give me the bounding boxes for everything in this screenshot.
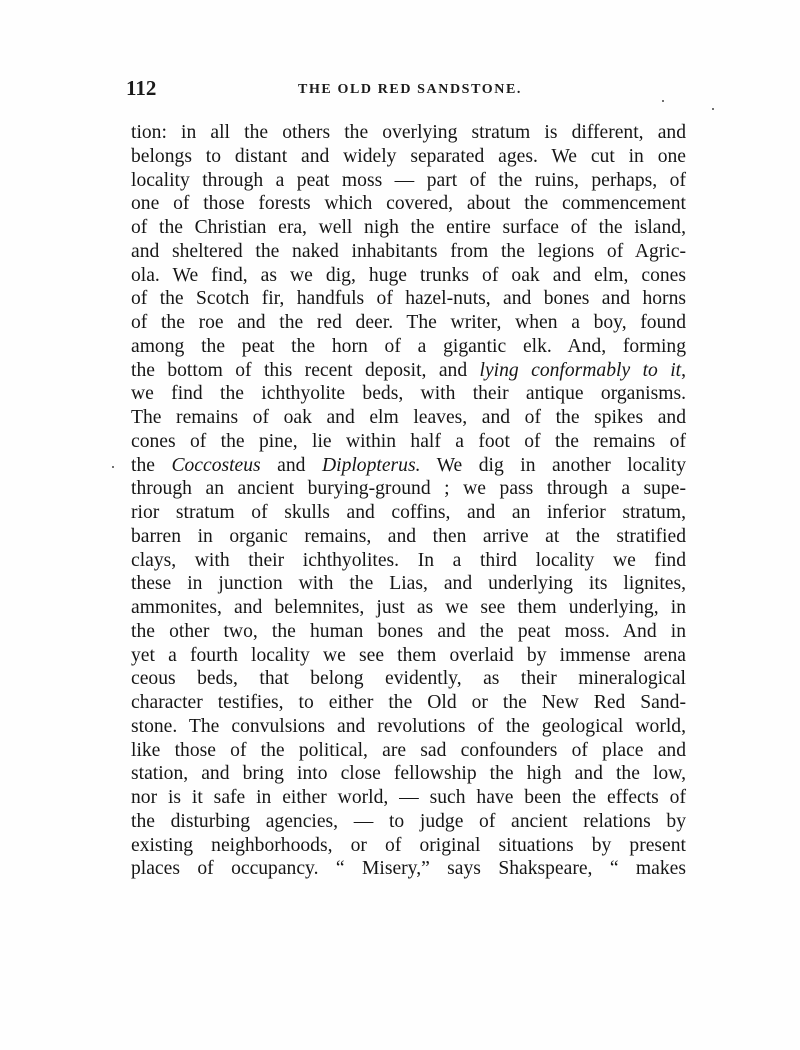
text-line: ammonites, and belemnites, just as we se…	[131, 596, 686, 620]
text-line: barren in organic remains, and then arri…	[131, 525, 686, 549]
text-line: like those of the political, are sad con…	[131, 739, 686, 763]
text-span: tion: in all the others the overlying st…	[131, 122, 686, 143]
book-page: 112 THE OLD RED SANDSTONE. tion: in all …	[0, 0, 800, 1050]
italic-text: Coccosteus	[171, 455, 260, 476]
text-span: through an ancient burying-ground ; we p…	[131, 478, 686, 499]
text-line: clays, with their ichthyolites. In a thi…	[131, 549, 686, 573]
text-span: rior stratum of skulls and coffins, and …	[131, 502, 686, 523]
text-line: places of occupancy. “ Misery,” says Sha…	[131, 857, 686, 881]
text-line: the Coccosteus and Diplopterus. We dig i…	[131, 454, 686, 478]
text-line: stone. The convulsions and revolutions o…	[131, 715, 686, 739]
text-line: we find the ichthyolite beds, with their…	[131, 382, 686, 406]
text-line: belongs to distant and widely separated …	[131, 145, 686, 169]
text-line: the disturbing agencies, — to judge of a…	[131, 810, 686, 834]
text-span: like those of the political, are sad con…	[131, 740, 686, 761]
text-line: the bottom of this recent deposit, and l…	[131, 359, 686, 383]
text-line: yet a fourth locality we see them overla…	[131, 644, 686, 668]
text-span: We dig in another locality	[420, 455, 686, 476]
text-span: stone. The convulsions and revolutions o…	[131, 716, 686, 737]
text-line: of the roe and the red deer. The writer,…	[131, 311, 686, 335]
text-span: locality through a peat moss — part of t…	[131, 170, 686, 191]
text-line: ceous beds, that belong evidently, as th…	[131, 667, 686, 691]
text-span: clays, with their ichthyolites. In a thi…	[131, 550, 686, 571]
text-line: rior stratum of skulls and coffins, and …	[131, 501, 686, 525]
page-number: 112	[126, 76, 156, 101]
text-span: of the Christian era, well nigh the enti…	[131, 217, 686, 238]
text-span: ola. We find, as we dig, huge trunks of …	[131, 265, 686, 286]
body-text: tion: in all the others the overlying st…	[131, 121, 686, 881]
text-line: and sheltered the naked inhabitants from…	[131, 240, 686, 264]
text-line: station, and bring into close fellowship…	[131, 762, 686, 786]
text-span: the	[131, 455, 171, 476]
text-span: of the Scotch fir, handfuls of hazel-nut…	[131, 288, 686, 309]
text-span: belongs to distant and widely separated …	[131, 146, 686, 167]
text-span: these in junction with the Lias, and und…	[131, 573, 686, 594]
text-line: tion: in all the others the overlying st…	[131, 121, 686, 145]
italic-text: lying conformably to it	[480, 360, 682, 381]
text-line: through an ancient burying-ground ; we p…	[131, 477, 686, 501]
text-line: The remains of oak and elm leaves, and o…	[131, 406, 686, 430]
text-span: station, and bring into close fellowship…	[131, 763, 686, 784]
text-span: ceous beds, that belong evidently, as th…	[131, 668, 686, 689]
text-span: and	[261, 455, 322, 476]
italic-text: Diplopterus.	[322, 455, 421, 476]
text-span: The remains of oak and elm leaves, and o…	[131, 407, 686, 428]
text-span: the bottom of this recent deposit, and	[131, 360, 480, 381]
text-line: of the Christian era, well nigh the enti…	[131, 216, 686, 240]
text-line: existing neighborhoods, or of original s…	[131, 834, 686, 858]
text-span: ammonites, and belemnites, just as we se…	[131, 597, 686, 618]
text-span: nor is it safe in either world, — such h…	[131, 787, 686, 808]
text-line: these in junction with the Lias, and und…	[131, 572, 686, 596]
text-line: of the Scotch fir, handfuls of hazel-nut…	[131, 287, 686, 311]
text-line: among the peat the horn of a gigantic el…	[131, 335, 686, 359]
text-span: places of occupancy. “ Misery,” says Sha…	[131, 858, 686, 879]
text-span: and sheltered the naked inhabitants from…	[131, 241, 686, 262]
text-span: yet a fourth locality we see them overla…	[131, 645, 686, 666]
text-line: locality through a peat moss — part of t…	[131, 169, 686, 193]
text-line: ola. We find, as we dig, huge trunks of …	[131, 264, 686, 288]
text-line: cones of the pine, lie within half a foo…	[131, 430, 686, 454]
text-line: nor is it safe in either world, — such h…	[131, 786, 686, 810]
print-speck	[112, 466, 114, 468]
text-line: one of those forests which covered, abou…	[131, 192, 686, 216]
text-span: cones of the pine, lie within half a foo…	[131, 431, 686, 452]
print-speck	[662, 100, 664, 102]
running-head: THE OLD RED SANDSTONE.	[298, 82, 522, 98]
text-line: character testifies, to either the Old o…	[131, 691, 686, 715]
text-line: the other two, the human bones and the p…	[131, 620, 686, 644]
text-span: the disturbing agencies, — to judge of a…	[131, 811, 686, 832]
text-span: among the peat the horn of a gigantic el…	[131, 336, 686, 357]
text-span: character testifies, to either the Old o…	[131, 692, 686, 713]
text-span: of the roe and the red deer. The writer,…	[131, 312, 686, 333]
text-span: we find the ichthyolite beds, with their…	[131, 383, 686, 404]
text-span: barren in organic remains, and then arri…	[131, 526, 686, 547]
text-span: existing neighborhoods, or of original s…	[131, 835, 686, 856]
print-speck	[712, 108, 714, 110]
text-span: the other two, the human bones and the p…	[131, 621, 686, 642]
text-span: one of those forests which covered, abou…	[131, 193, 686, 214]
text-span: ,	[681, 360, 686, 381]
